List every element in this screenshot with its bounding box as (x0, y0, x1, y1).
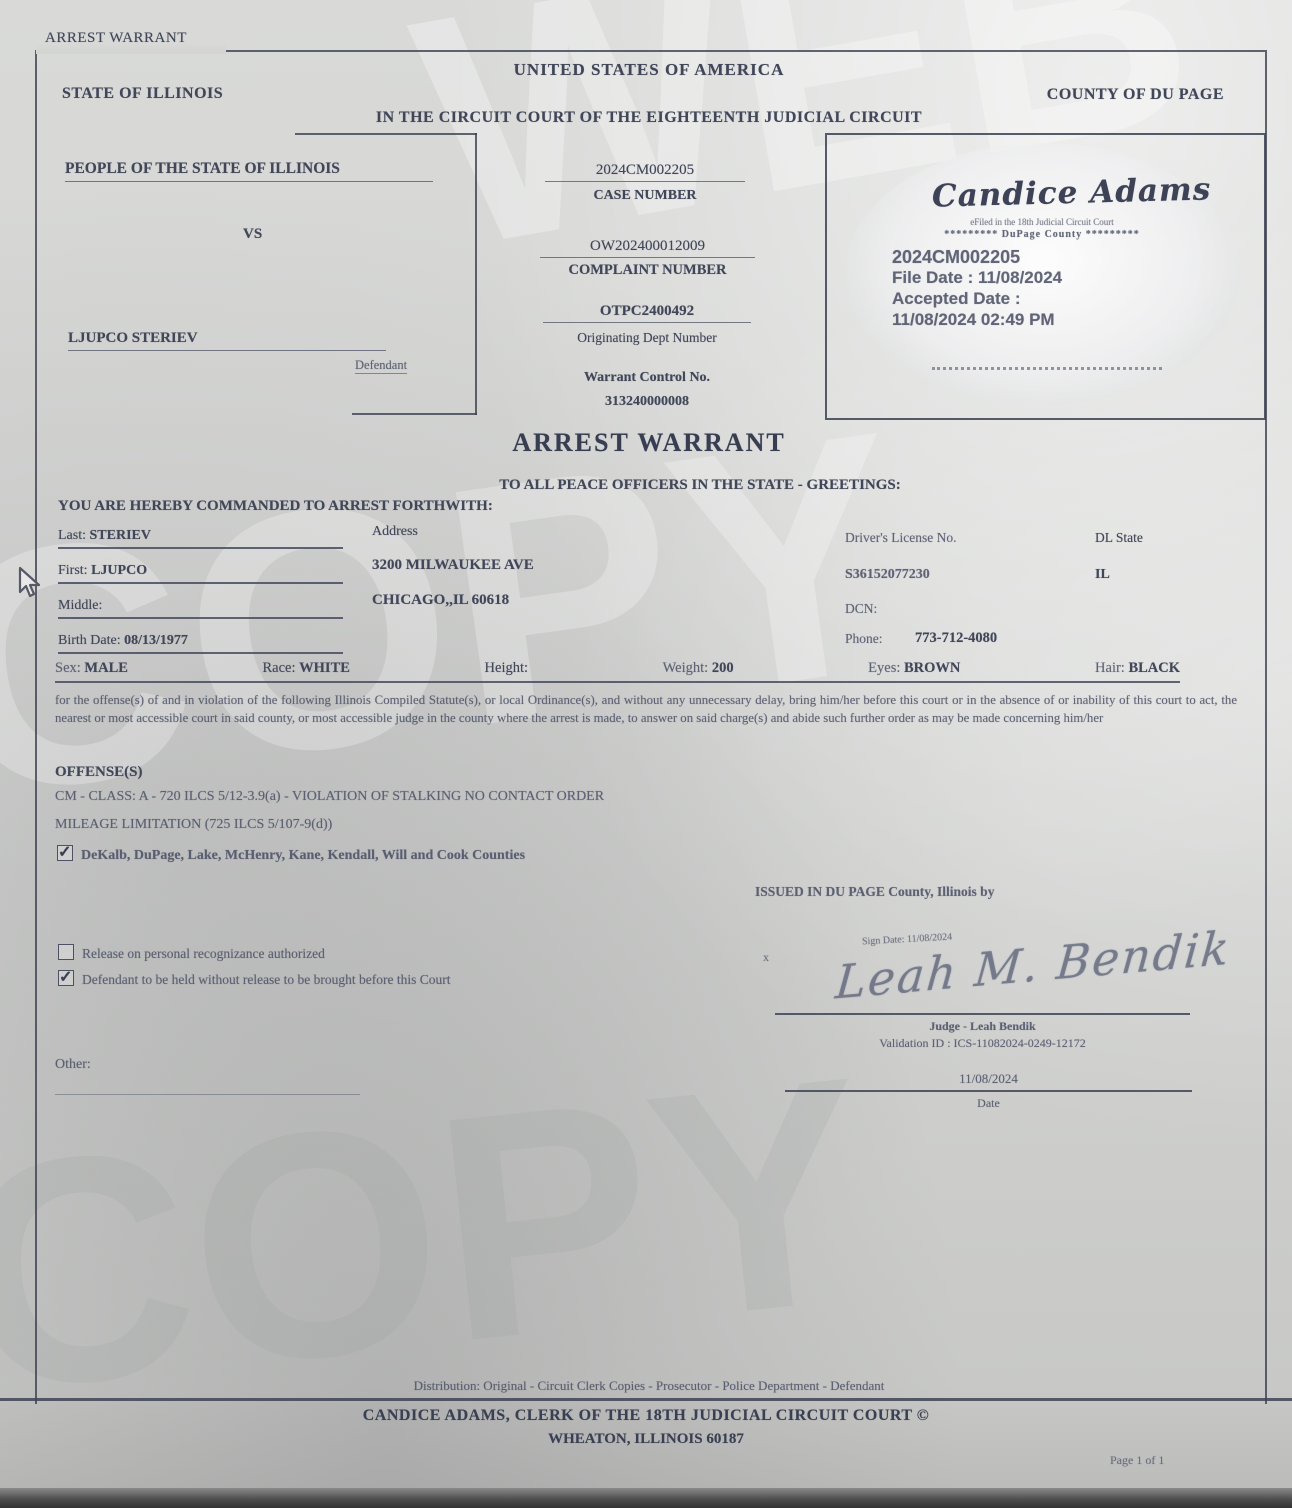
header-state: STATE OF ILLINOIS (62, 85, 223, 103)
hold-checkbox (58, 970, 74, 986)
complaint-number-value: OW202400012009 (540, 238, 755, 258)
mouse-cursor-icon (16, 566, 46, 605)
stamp-accepted-label: Accepted Date : (892, 289, 1020, 309)
field-middle-name: Middle: (58, 598, 343, 619)
field-first-name: First: LJUPCO (58, 563, 343, 584)
counties-checkbox (57, 845, 73, 861)
clerk-footer-line1: CANDICE ADAMS, CLERK OF THE 18TH JUDICIA… (0, 1407, 1292, 1425)
case-number-value: 2024CM002205 (545, 162, 745, 182)
header-court: IN THE CIRCUIT COURT OF THE EIGHTEENTH J… (36, 109, 1262, 127)
page-number: Page 1 of 1 (1110, 1453, 1164, 1468)
clerk-footer-line2: WHEATON, ILLINOIS 60187 (0, 1431, 1292, 1448)
offenses-heading: OFFENSE(S) (55, 764, 143, 781)
complaint-number-label: COMPLAINT NUMBER (540, 262, 755, 279)
phone-label: Phone: (845, 631, 883, 647)
release-option-row: Release on personal recognizance authori… (58, 944, 325, 962)
signature-line (775, 1013, 1190, 1015)
issue-date-value: 11/08/2024 (785, 1071, 1192, 1087)
command-line: YOU ARE HEREBY COMMANDED TO ARREST FORTH… (58, 498, 493, 515)
header-country: UNITED STATES OF AMERICA (36, 60, 1262, 80)
date-label: Date (785, 1096, 1192, 1111)
judge-name-line: Judge - Leah Bendik (775, 1019, 1190, 1034)
originating-dept-label: Originating Dept Number (543, 330, 751, 346)
page-title: ARREST WARRANT (36, 428, 1262, 458)
issued-in-line: ISSUED IN DU PAGE County, Illinois by (755, 884, 994, 900)
vs-label: VS (243, 226, 262, 243)
command-paragraph: for the offense(s) of and in violation o… (55, 692, 1237, 727)
parties-box-top-line (295, 133, 477, 135)
stamp-envelope-microtext (932, 367, 1162, 370)
offense-line2: MILEAGE LIMITATION (725 ILCS 5/107-9(d)) (55, 817, 332, 833)
document-type-label: ARREST WARRANT (45, 30, 193, 49)
address-line2: CHICAGO,,IL 60618 (372, 592, 509, 609)
distribution-line: Distribution: Original - Circuit Clerk C… (36, 1378, 1262, 1394)
warrant-control-label: Warrant Control No. (543, 370, 751, 386)
other-line (55, 1094, 360, 1095)
stamp-file-date: File Date : 11/08/2024 (892, 268, 1062, 288)
address-label: Address (372, 524, 418, 540)
header-county: COUNTY OF DU PAGE (1047, 86, 1224, 104)
physical-description-row: Sex: MALE Race: WHITE Height: Weight: 20… (55, 660, 1180, 683)
phone-value: 773-712-4080 (915, 630, 997, 647)
stamp-clerk-name: Candice Adams (932, 171, 1212, 214)
photo-bottom-edge (0, 1488, 1292, 1508)
dl-number-label: Driver's License No. (845, 530, 957, 546)
dcn-label: DCN: (845, 601, 877, 617)
defendant-label: Defendant (355, 358, 407, 374)
footer-rule (0, 1398, 1292, 1401)
parties-box-bottom-line (352, 413, 477, 415)
other-label: Other: (55, 1057, 91, 1073)
parties-box-right-line (475, 133, 477, 415)
address-line1: 3200 MILWAUKEE AVE (372, 557, 534, 574)
validation-id-line: Validation ID : ICS-11082024-0249-12172 (755, 1036, 1210, 1051)
dl-number-value: S36152077230 (845, 567, 930, 583)
dl-state-label: DL State (1095, 530, 1143, 546)
case-number-label: CASE NUMBER (545, 188, 745, 204)
offense-line1: CM - CLASS: A - 720 ILCS 5/12-3.9(a) - V… (55, 789, 604, 805)
dl-state-value: IL (1095, 567, 1110, 583)
scanned-arrest-warrant-photo: WEB COPY COPY ARREST WARRANT UNITED STAT… (0, 0, 1292, 1508)
stamp-case-number: 2024CM002205 (892, 247, 1020, 268)
field-birth-date: Birth Date: 08/13/1977 (58, 633, 343, 654)
defendant-name: LJUPCO STERIEV (68, 330, 386, 351)
signature-x-mark: x (763, 950, 769, 965)
originating-dept-value: OTPC2400492 (543, 303, 751, 323)
warrant-control-value: 313240000008 (543, 394, 751, 410)
stamp-subline1: eFiled in the 18th Judicial Circuit Cour… (897, 217, 1187, 227)
plaintiff-name: PEOPLE OF THE STATE OF ILLINOIS (65, 160, 433, 182)
stamp-accepted-value: 11/08/2024 02:49 PM (892, 310, 1055, 330)
date-line (785, 1090, 1192, 1092)
hold-option-row: Defendant to be held without release to … (58, 970, 451, 988)
counties-row: DeKalb, DuPage, Lake, McHenry, Kane, Ken… (57, 845, 525, 864)
greeting-line: TO ALL PEACE OFFICERS IN THE STATE - GRE… (140, 477, 1260, 494)
efile-stamp-box: Candice Adams eFiled in the 18th Judicia… (825, 133, 1266, 420)
release-checkbox (58, 944, 74, 960)
field-last-name: Last: STERIEV (58, 528, 343, 549)
stamp-subline2: ********* DuPage County ********* (887, 229, 1197, 240)
